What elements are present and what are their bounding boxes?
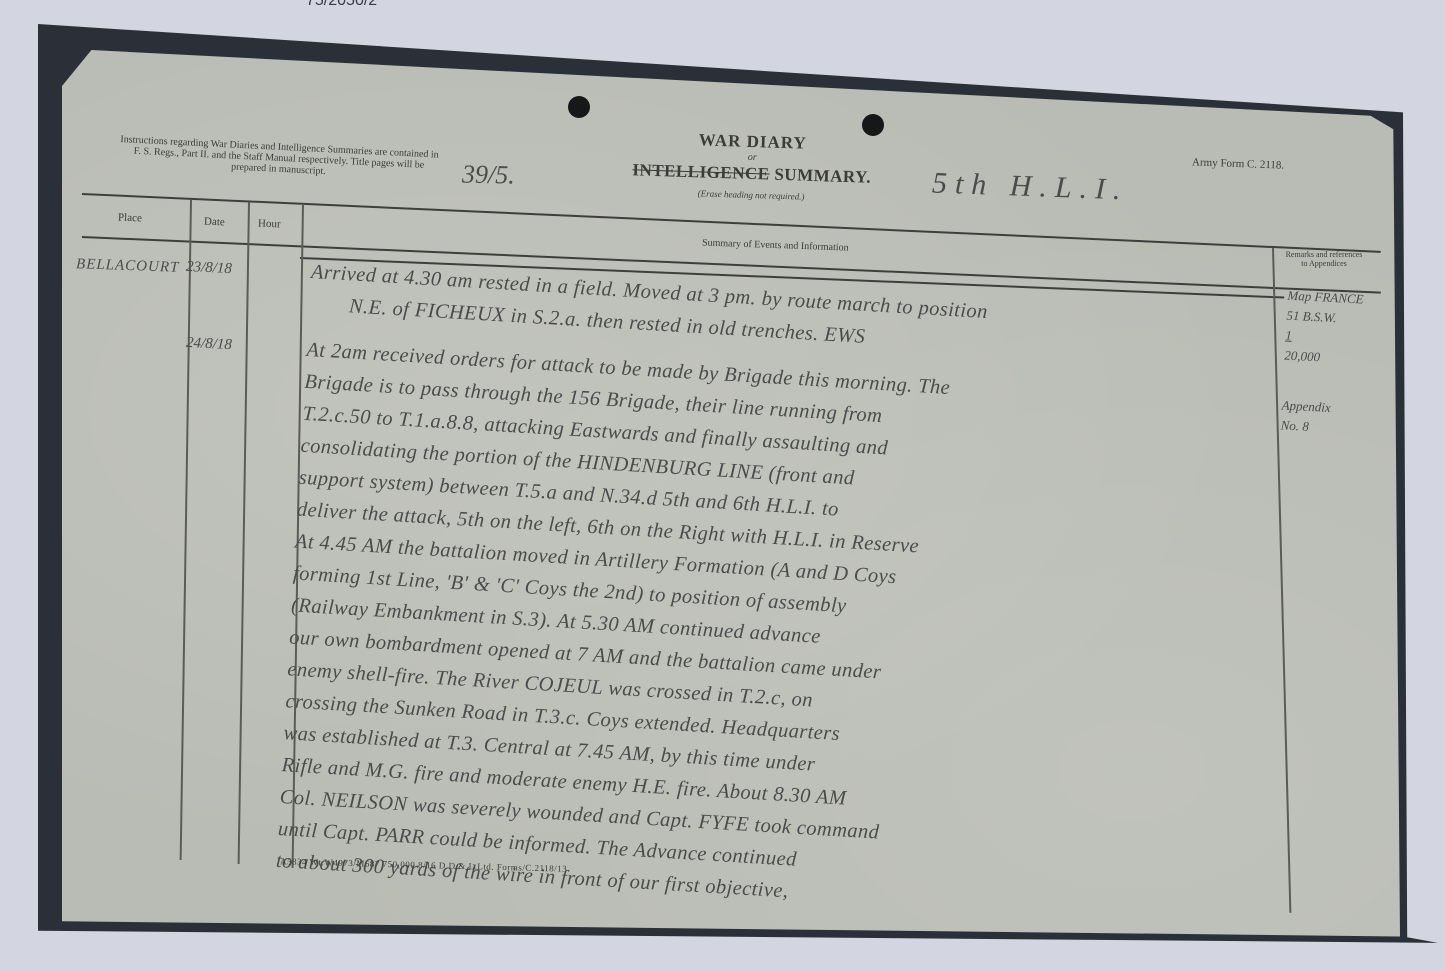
entry-date-1: 23/8/18 [186, 259, 233, 278]
remarks-appendix-number: No. 8 [1280, 415, 1376, 440]
remarks-column: Map FRANCE 51 B.S.W. 1 20,000 Appendix N… [1280, 286, 1383, 441]
archive-reference: 75/2050/2 [306, 0, 377, 10]
punch-hole-left [568, 96, 590, 118]
form-number: 39/5. [462, 160, 515, 191]
unit-name: 5th H.L.I. [931, 167, 1129, 208]
instructions-note: Instructions regarding War Diaries and I… [118, 134, 439, 183]
title-summary: SUMMARY. [774, 165, 871, 187]
summary-of-events: Arrived at 4.30 am rested in a field. Mo… [275, 256, 1285, 935]
title-erase-note: (Erase heading not required.) [591, 185, 911, 205]
column-header-place: Place [118, 212, 142, 225]
column-header-summary: Summary of Events and Information [702, 237, 849, 253]
column-divider-place-date [180, 200, 192, 860]
entry-date-2: 24/8/18 [186, 335, 233, 354]
entry-place: BELLACOURT [76, 256, 180, 277]
army-form-number: Army Form C. 2118. [1192, 156, 1285, 171]
punch-hole-right [862, 114, 884, 136]
column-divider-date-hour [238, 202, 250, 864]
title-block: WAR DIARY or INTELLIGENCE SUMMARY. (Eras… [591, 127, 913, 205]
column-header-remarks: Remarks and references to Appendices [1284, 250, 1364, 268]
war-diary-page: Instructions regarding War Diaries and I… [62, 50, 1400, 950]
column-header-hour: Hour [258, 218, 281, 231]
column-header-date: Date [204, 216, 225, 229]
title-intelligence-struck: INTELLIGENCE [632, 160, 770, 183]
